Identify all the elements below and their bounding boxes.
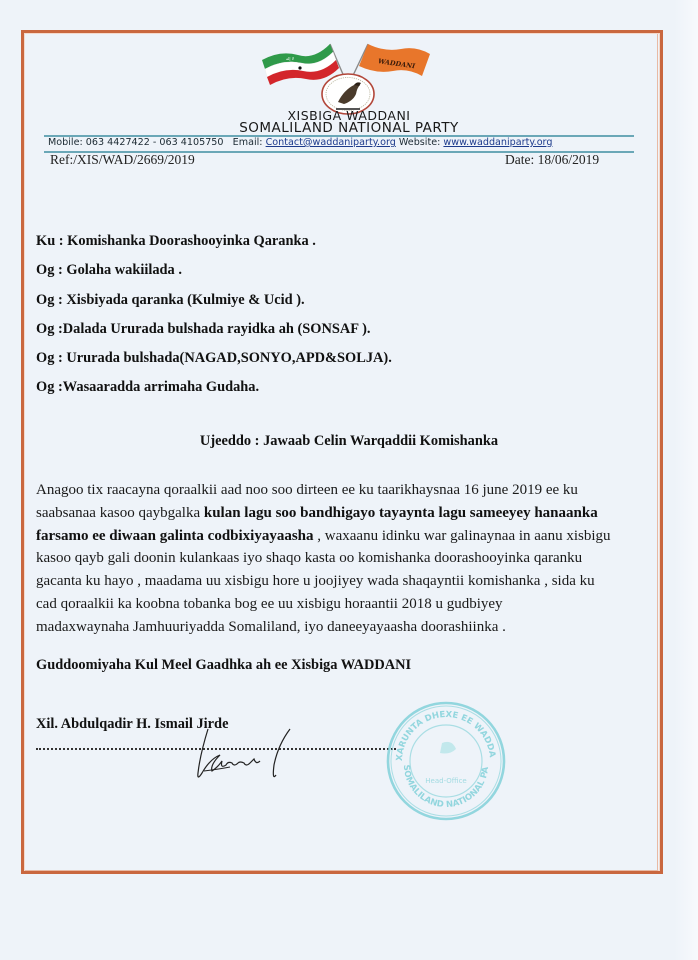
letter-body: Anagoo tix raacayna qoraalkii aad noo so… [36, 479, 666, 639]
body-text-plain: , waxaanu idinku war galinaynaa in aanu … [314, 528, 611, 544]
party-logo: ﻻ ﺇﻟﻪ WADDANI [256, 38, 434, 118]
body-line: madaxwaynaha Jamhuuriyadda Somaliland, i… [36, 616, 666, 639]
recipient-line: Ku : Komishanka Doorashooyinka Qaranka . [36, 232, 392, 261]
recipient-line: Og : Golaha wakiilada . [36, 261, 392, 290]
svg-text:Head-Office: Head-Office [425, 777, 466, 785]
signatory-title: Guddoomiyaha Kul Meel Gaadhka ah ee Xisb… [36, 657, 411, 674]
letter-date: Date: 18/06/2019 [505, 152, 599, 168]
mobile-value: 063 4427422 - 063 4105750 [86, 137, 224, 148]
body-line: kasoo qayb gali doonin kulankaas iyo sha… [36, 547, 666, 570]
contact-line: Mobile: 063 4427422 - 063 4105750 Email:… [48, 137, 638, 148]
body-text-plain: saabsanaa kasoo qaybgalka [36, 505, 204, 521]
recipient-line: Og : Xisbiyada qaranka (Kulmiye & Ucid )… [36, 291, 392, 320]
body-text-bold: kulan lagu soo bandhigayo tayaynta lagu … [204, 505, 598, 521]
body-text-bold: farsamo ee diwaan galinta codbixiyayaash… [36, 528, 314, 544]
reference-number: Ref:/XIS/WAD/2669/2019 [50, 152, 195, 168]
email-link[interactable]: Contact@waddaniparty.org [266, 137, 396, 148]
body-line: gacanta ku hayo , maadama uu xisbigu hor… [36, 570, 666, 593]
website-label: Website: [399, 137, 440, 148]
letter-subject: Ujeeddo : Jawaab Celin Warqaddii Komisha… [0, 433, 698, 450]
body-line: farsamo ee diwaan galinta codbixiyayaash… [36, 525, 666, 548]
email-label: Email: [233, 137, 263, 148]
recipient-line: Og :Dalada Ururada bulshada rayidka ah (… [36, 320, 392, 349]
body-line: cad qoraalkii ka koobna tobanka bog ee u… [36, 593, 666, 616]
body-line: saabsanaa kasoo qaybgalka kulan lagu soo… [36, 502, 666, 525]
recipient-line: Og : Ururada bulshada(NAGAD,SONYO,APD&SO… [36, 349, 392, 378]
party-stamp: XARUNTA DHEXE EE WADDANI SOMALILAND NATI… [384, 699, 508, 823]
body-line: Anagoo tix raacayna qoraalkii aad noo so… [36, 479, 666, 502]
website-link[interactable]: www.waddaniparty.org [443, 137, 552, 148]
handwritten-signature [190, 725, 300, 785]
paper-edge [674, 0, 698, 960]
recipient-line: Og :Wasaaradda arrimaha Gudaha. [36, 378, 392, 407]
party-name-english: SOMALILAND NATIONAL PARTY [0, 120, 698, 136]
mobile-label: Mobile: [48, 137, 83, 148]
recipients-list: Ku : Komishanka Doorashooyinka Qaranka .… [36, 232, 392, 408]
